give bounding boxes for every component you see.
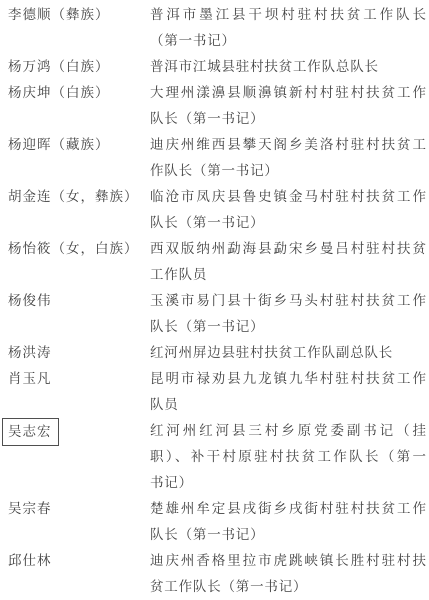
position-line: 贫工作队长（第一书记） bbox=[150, 574, 426, 600]
entry-name-cell: 杨庆坤（白族） bbox=[8, 80, 150, 106]
awardee-list: 李德顺（彝族） 普洱市墨江县干坝村驻村扶贫工作队长（第一书记） 杨万鸿（白族） … bbox=[0, 0, 429, 600]
entry-name-cell: 李德顺（彝族） bbox=[8, 2, 150, 28]
entry-row: 杨洪涛 红河州屏边县驻村扶贫工作队副总队长 bbox=[8, 340, 426, 366]
entry-position: 普洱市墨江县干坝村驻村扶贫工作队长（第一书记） bbox=[150, 2, 426, 54]
entry-name: 杨洪涛 bbox=[8, 345, 52, 361]
position-line: 职）、补干村原驻村扶贫工作队长（第一 bbox=[150, 444, 426, 470]
entry-name: 邱仕林 bbox=[8, 553, 52, 569]
entry-position: 楚雄州牟定县戌街乡戌街村驻村扶贫工作队长（第一书记） bbox=[150, 496, 426, 548]
entry-name-cell: 胡金连（女，彝族） bbox=[8, 184, 150, 210]
entry-position: 大理州漾濞县顺濞镇新村村驻村扶贫工作队长（第一书记） bbox=[150, 80, 426, 132]
entry-row: 李德顺（彝族） 普洱市墨江县干坝村驻村扶贫工作队长（第一书记） bbox=[8, 2, 426, 54]
entry-name-cell: 杨万鸿（白族） bbox=[8, 54, 150, 80]
entry-row: 肖玉凡 昆明市禄劝县九龙镇九华村驻村扶贫工作队员 bbox=[8, 366, 426, 418]
entry-row: 吴宗春 楚雄州牟定县戌街乡戌街村驻村扶贫工作队长（第一书记） bbox=[8, 496, 426, 548]
position-line: 队员 bbox=[150, 392, 426, 418]
entry-name: 杨迎晖（藏族） bbox=[8, 137, 110, 153]
entry-position: 昆明市禄劝县九龙镇九华村驻村扶贫工作队员 bbox=[150, 366, 426, 418]
position-line: 书记） bbox=[150, 470, 426, 496]
entry-row: 杨迎晖（藏族） 迪庆州维西县攀天阁乡美洛村驻村扶贫工作队长（第一书记） bbox=[8, 132, 426, 184]
position-line: 昆明市禄劝县九龙镇九华村驻村扶贫工作 bbox=[150, 366, 426, 392]
entry-name: 李德顺（彝族） bbox=[8, 7, 110, 23]
entry-position: 红河州屏边县驻村扶贫工作队副总队长 bbox=[150, 340, 426, 366]
entry-name: 杨俊伟 bbox=[8, 293, 52, 309]
position-line: 玉溪市易门县十街乡马头村驻村扶贫工作 bbox=[150, 288, 426, 314]
entry-row: 胡金连（女，彝族） 临沧市凤庆县鲁史镇金马村驻村扶贫工作队长（第一书记） bbox=[8, 184, 426, 236]
entry-name-cell: 杨洪涛 bbox=[8, 340, 150, 366]
position-line: 迪庆州维西县攀天阁乡美洛村驻村扶贫工 bbox=[150, 132, 426, 158]
entry-row: 杨庆坤（白族） 大理州漾濞县顺濞镇新村村驻村扶贫工作队长（第一书记） bbox=[8, 80, 426, 132]
entry-position: 临沧市凤庆县鲁史镇金马村驻村扶贫工作队长（第一书记） bbox=[150, 184, 426, 236]
entry-position: 迪庆州维西县攀天阁乡美洛村驻村扶贫工作队长（第一书记） bbox=[150, 132, 426, 184]
position-line: 楚雄州牟定县戌街乡戌街村驻村扶贫工作 bbox=[150, 496, 426, 522]
position-line: 红河州屏边县驻村扶贫工作队副总队长 bbox=[150, 340, 426, 366]
entry-name-cell: 吴宗春 bbox=[8, 496, 150, 522]
entry-position: 迪庆州香格里拉市虎跳峡镇长胜村驻村扶贫工作队长（第一书记） bbox=[150, 548, 426, 600]
entry-row: 杨俊伟 玉溪市易门县十街乡马头村驻村扶贫工作队长（第一书记） bbox=[8, 288, 426, 340]
entry-name-cell: 杨俊伟 bbox=[8, 288, 150, 314]
position-line: 队长（第一书记） bbox=[150, 210, 426, 236]
entry-name-cell: 杨迎晖（藏族） bbox=[8, 132, 150, 158]
entry-position: 普洱市江城县驻村扶贫工作队总队长 bbox=[150, 54, 426, 80]
position-line: （第一书记） bbox=[150, 28, 426, 54]
position-line: 大理州漾濞县顺濞镇新村村驻村扶贫工作 bbox=[150, 80, 426, 106]
entry-row: 杨万鸿（白族） 普洱市江城县驻村扶贫工作队总队长 bbox=[8, 54, 426, 80]
position-line: 队长（第一书记） bbox=[150, 314, 426, 340]
entry-name: 杨万鸿（白族） bbox=[8, 59, 110, 75]
entry-name: 胡金连（女，彝族） bbox=[8, 189, 139, 205]
position-line: 西双版纳州勐海县勐宋乡曼吕村驻村扶贫 bbox=[150, 236, 426, 262]
position-line: 队长（第一书记） bbox=[150, 522, 426, 548]
entry-row: 吴志宏 红河州红河县三村乡原党委副书记（挂职）、补干村原驻村扶贫工作队长（第一书… bbox=[8, 418, 426, 496]
position-line: 队长（第一书记） bbox=[150, 106, 426, 132]
entry-row: 杨怡筱（女，白族） 西双版纳州勐海县勐宋乡曼吕村驻村扶贫工作队员 bbox=[8, 236, 426, 288]
entry-name: 吴志宏 bbox=[2, 418, 59, 446]
position-line: 作队长（第一书记） bbox=[150, 158, 426, 184]
entry-row: 邱仕林 迪庆州香格里拉市虎跳峡镇长胜村驻村扶贫工作队长（第一书记） bbox=[8, 548, 426, 600]
entry-position: 西双版纳州勐海县勐宋乡曼吕村驻村扶贫工作队员 bbox=[150, 236, 426, 288]
entry-name-cell: 邱仕林 bbox=[8, 548, 150, 574]
position-line: 临沧市凤庆县鲁史镇金马村驻村扶贫工作 bbox=[150, 184, 426, 210]
position-line: 工作队员 bbox=[150, 262, 426, 288]
position-line: 普洱市墨江县干坝村驻村扶贫工作队长 bbox=[150, 2, 426, 28]
entry-position: 红河州红河县三村乡原党委副书记（挂职）、补干村原驻村扶贫工作队长（第一书记） bbox=[150, 418, 426, 496]
position-line: 迪庆州香格里拉市虎跳峡镇长胜村驻村扶 bbox=[150, 548, 426, 574]
entry-name: 杨怡筱（女，白族） bbox=[8, 241, 139, 257]
entry-position: 玉溪市易门县十街乡马头村驻村扶贫工作队长（第一书记） bbox=[150, 288, 426, 340]
entry-name-cell: 肖玉凡 bbox=[8, 366, 150, 392]
entry-name: 肖玉凡 bbox=[8, 371, 52, 387]
entry-name: 杨庆坤（白族） bbox=[8, 85, 110, 101]
position-line: 普洱市江城县驻村扶贫工作队总队长 bbox=[150, 54, 426, 80]
entry-name-cell: 杨怡筱（女，白族） bbox=[8, 236, 150, 262]
position-line: 红河州红河县三村乡原党委副书记（挂 bbox=[150, 418, 426, 444]
entry-name: 吴宗春 bbox=[8, 501, 52, 517]
entry-name-cell: 吴志宏 bbox=[8, 418, 150, 446]
